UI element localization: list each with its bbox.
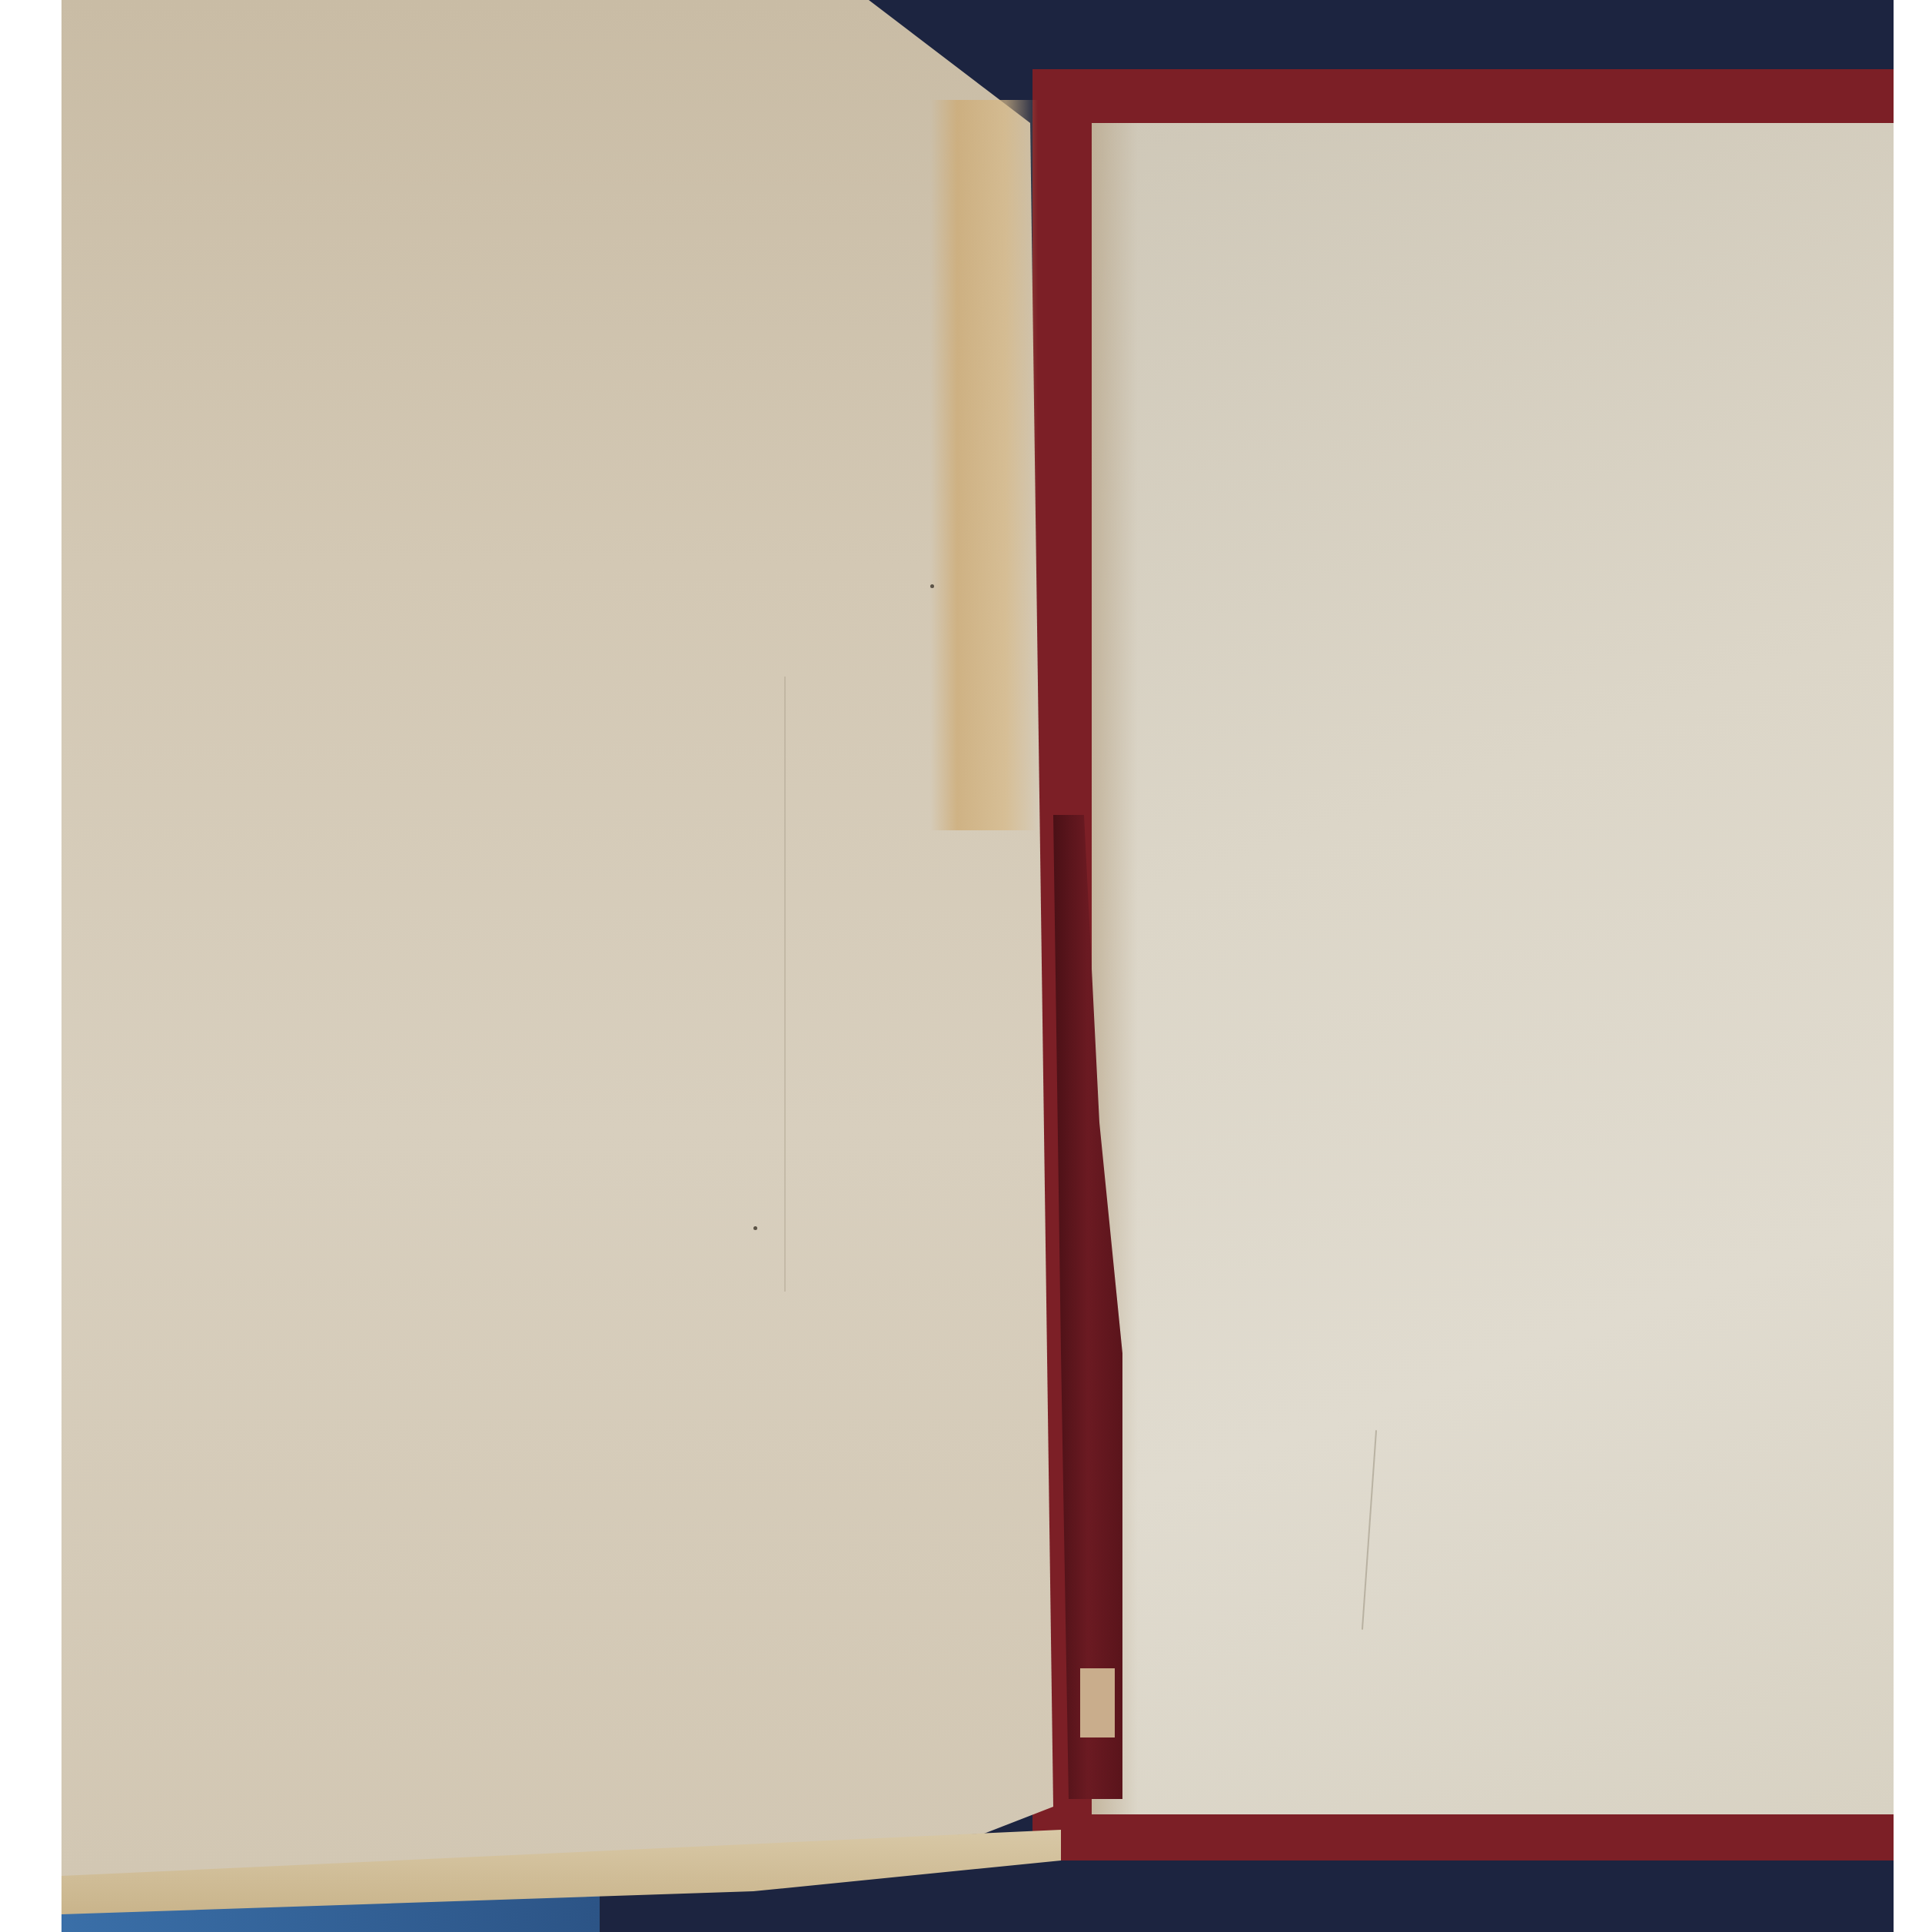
right-pastedown-page — [1092, 123, 1894, 1814]
tape-scrap — [1080, 1668, 1115, 1737]
left-endpaper-page — [62, 0, 1053, 1884]
page-crease — [784, 677, 786, 1292]
hinge-stain — [930, 100, 1038, 830]
foxing-speck — [930, 584, 934, 588]
foxing-speck — [753, 1226, 757, 1230]
book-photo — [62, 0, 1894, 1932]
